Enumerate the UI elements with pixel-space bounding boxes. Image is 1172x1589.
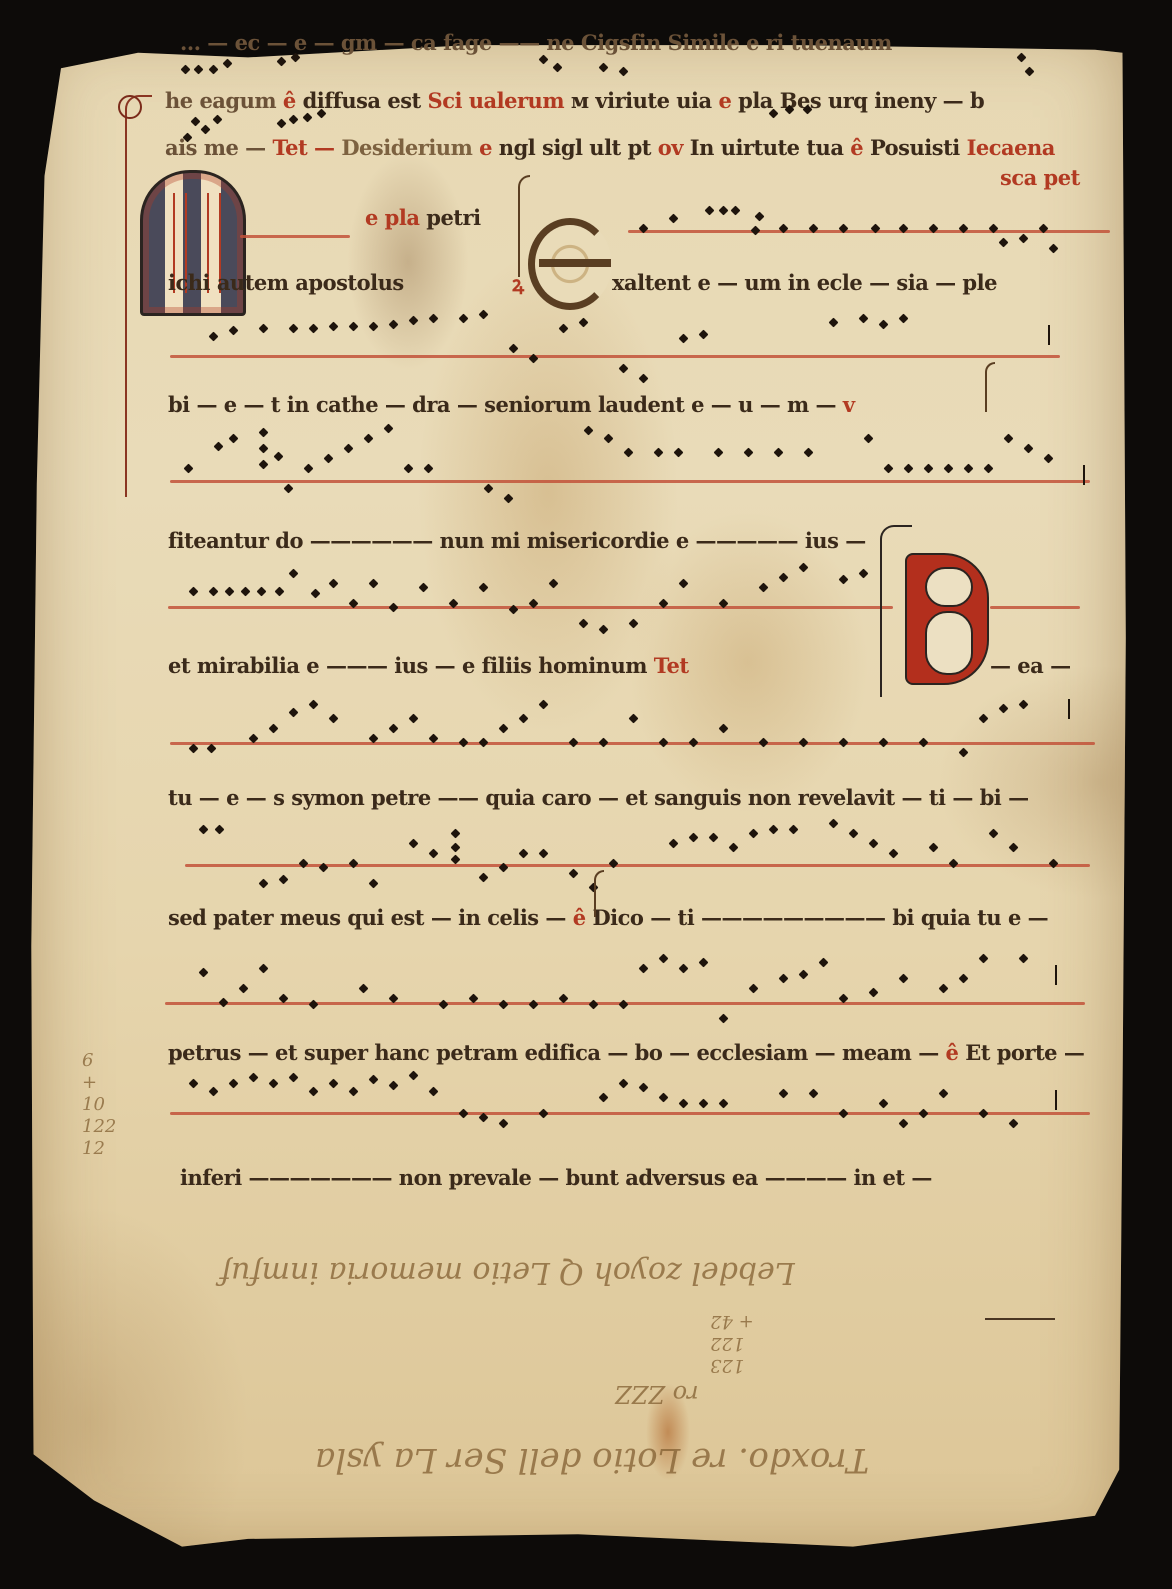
ink-stroke [985, 1318, 1055, 1320]
text-line-1: … — ec — e — gm — ca fage —— ne Cigsfin … [180, 30, 892, 55]
neume-row [640, 195, 1100, 265]
text-line-6: bi — e — t in cathe — dra — seniorum lau… [168, 392, 855, 417]
neume-row [190, 820, 1090, 890]
text-line-12: inferi ——————— non prevale — bunt advers… [180, 1165, 932, 1190]
text-line-3: ais me — Tet — Desiderium e ngl sigl ult… [165, 135, 1055, 160]
marginalia-numbers: + 42 122 123 [710, 1310, 754, 1376]
marginalia-upside-down-2: Troxdo. re Lotio dell Ser La ysla [315, 1440, 869, 1480]
text-line-8: et mirabilia e ——— ius — e filiis hominu… [168, 653, 689, 678]
text-line-8b: — ea — [990, 653, 1071, 678]
left-margin-numbers: 6 + 10 122 12 [82, 1050, 116, 1160]
marginalia-upside-down-num: ro ZZZ [615, 1380, 699, 1408]
neume-row [180, 560, 880, 630]
initial-l-ascender [985, 362, 995, 412]
text-line-7: fiteantur do —————— nun mi misericordie … [168, 528, 866, 553]
neume-row [200, 315, 1060, 385]
text-line-11: petrus — et super hanc petram edifica — … [168, 1040, 1084, 1065]
text-line-3b: sca pet [1000, 165, 1080, 190]
initial-d-ascender [594, 870, 604, 917]
neume-row [180, 1070, 1080, 1140]
text-line-9: tu — e — s symon petre —— quia caro — et… [168, 785, 1029, 810]
text-line-5c: xaltent e — um in ecle — sia — ple [612, 270, 997, 295]
initial-n-flourish-curl [118, 95, 142, 119]
decorated-initial-e [528, 218, 612, 310]
staff-line [990, 606, 1080, 609]
text-line-2: he eagum ê diffusa est Sci ualerum ᴍ vir… [165, 88, 984, 113]
text-line-5b: ꝝ [512, 270, 524, 298]
neume-row [180, 945, 1080, 1015]
neume-row [185, 425, 1085, 495]
neume-row [180, 695, 1080, 765]
text-line-4: e pla petri [365, 205, 481, 230]
marginalia-upside-down-1: Lebdel zoyoh Q Letio memoria inmfuf [220, 1255, 795, 1290]
staff-line [240, 235, 350, 238]
text-line-10: sed pater meus qui est — in celis — ê Di… [168, 905, 1048, 930]
text-line-5: ichi autem apostolus [168, 270, 404, 295]
decorated-initial-b [905, 553, 989, 685]
